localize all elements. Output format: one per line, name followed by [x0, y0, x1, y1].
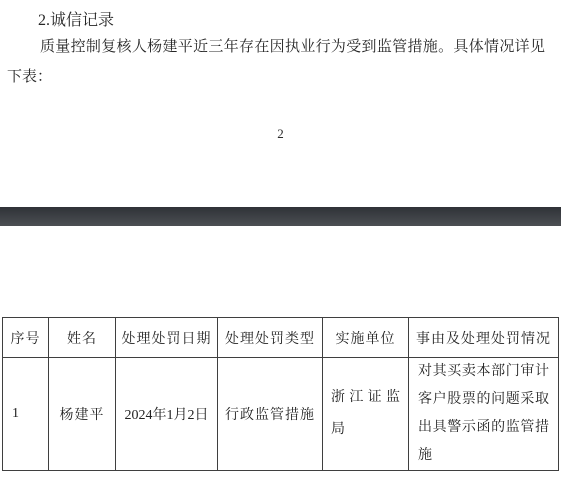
- header-cell-date: 处理处罚日期: [116, 318, 218, 358]
- cell-detail: 对其买卖本部门审计客户股票的问题采取出具警示函的监管措施: [409, 358, 559, 471]
- section-heading: 2.诚信记录: [38, 10, 114, 32]
- header-cell-index: 序号: [3, 318, 49, 358]
- header-cell-name: 姓名: [49, 318, 116, 358]
- cell-date: 2024年1月2日: [116, 358, 218, 471]
- cell-index: 1: [3, 358, 49, 471]
- cell-type: 行政监管措施: [218, 358, 323, 471]
- document-page: 2.诚信记录 质量控制复核人杨建平近三年存在因执业行为受到监管措施。具体情况详见…: [0, 0, 561, 486]
- table-row: 1 杨建平 2024年1月2日 行政监管措施 浙江证监局 对其买卖本部门审计客户…: [3, 358, 559, 471]
- header-cell-detail: 事由及处理处罚情况: [409, 318, 559, 358]
- cell-unit: 浙江证监局: [323, 358, 409, 471]
- header-cell-type: 处理处罚类型: [218, 318, 323, 358]
- table-header-row: 序号 姓名 处理处罚日期 处理处罚类型 实施单位 事由及处理处罚情况: [3, 318, 559, 358]
- disciplinary-records-table: 序号 姓名 处理处罚日期 处理处罚类型 实施单位 事由及处理处罚情况 1 杨建平…: [2, 317, 559, 471]
- body-paragraph: 质量控制复核人杨建平近三年存在因执业行为受到监管措施。具体情况详见下表：: [7, 32, 545, 92]
- page-number: 2: [0, 126, 561, 142]
- cell-name: 杨建平: [49, 358, 116, 471]
- page-separator-bar: [0, 207, 561, 226]
- header-cell-unit: 实施单位: [323, 318, 409, 358]
